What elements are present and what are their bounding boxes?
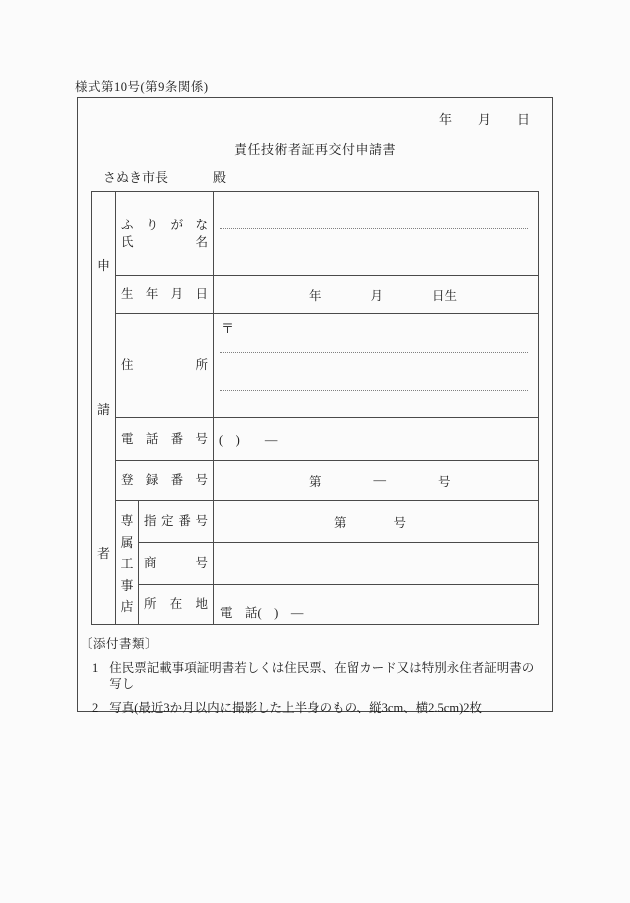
date-year-label: 年 bbox=[439, 109, 452, 128]
trade-name-value-cell bbox=[214, 543, 538, 585]
date-month-label: 月 bbox=[478, 109, 491, 128]
form-number: 様式第10号(第9条関係) bbox=[75, 77, 209, 95]
address-fill-line-2 bbox=[220, 390, 528, 391]
address-label: 住 所 bbox=[121, 357, 208, 374]
address-fill-line-1 bbox=[220, 352, 528, 353]
reg-no-dash: ― bbox=[374, 473, 387, 488]
designated-no-suffix: 号 bbox=[394, 513, 407, 531]
addressee-name: さぬき市長 bbox=[103, 167, 168, 186]
birth-label-cell: 生 年 月 日 bbox=[116, 276, 214, 314]
attachments-section: 〔添付書類〕 1 住民票記載事項証明書若しくは住民票、在留カード又は特別永住者証… bbox=[80, 634, 546, 724]
registration-value-cell: 第 ― 号 bbox=[214, 461, 538, 501]
birth-month-label: 月 bbox=[371, 286, 384, 304]
addressee-line: さぬき市長 殿 bbox=[103, 167, 226, 186]
furigana-fill-line bbox=[220, 228, 528, 229]
name-label-cell: ふ り が な 氏 名 bbox=[116, 192, 214, 276]
birth-day-label: 日生 bbox=[432, 286, 457, 304]
attachment-item: 2 写真(最近3か月以内に撮影した上半身のもの、縦3cm、横2.5cm)2枚 bbox=[80, 700, 546, 716]
birth-value-cell: 年 月 日生 bbox=[214, 276, 538, 314]
designated-label: 指 定 番 号 bbox=[144, 513, 208, 530]
trade-name-label-cell: 商 号 bbox=[139, 543, 214, 585]
form-title: 責任技術者証再交付申請書 bbox=[78, 139, 552, 158]
location-label-cell: 所 在 地 bbox=[139, 585, 214, 624]
addressee-honorific: 殿 bbox=[213, 167, 226, 186]
designated-label-cell: 指 定 番 号 bbox=[139, 501, 214, 543]
applicant-table: 申請者 ふ り が な 氏 名 生 年 月 日 年 月 日生 住 所 bbox=[91, 191, 539, 625]
address-value-cell: 〒 bbox=[214, 314, 538, 418]
name-label: 氏 名 bbox=[121, 234, 208, 251]
registration-label-cell: 登 録 番 号 bbox=[116, 461, 214, 501]
furigana-label: ふ り が な bbox=[121, 217, 208, 234]
birth-label: 生 年 月 日 bbox=[121, 286, 208, 303]
registration-label: 登 録 番 号 bbox=[121, 472, 208, 489]
attachment-item-text: 写真(最近3か月以内に撮影した上半身のもの、縦3cm、横2.5cm)2枚 bbox=[109, 700, 482, 716]
phone-value-template: ( ) ― bbox=[219, 430, 277, 448]
location-value-cell: 電 話( ) ― bbox=[214, 585, 538, 624]
form-page: 様式第10号(第9条関係) 年 月 日 責任技術者証再交付申請書 さぬき市長 殿… bbox=[0, 0, 630, 903]
applicant-vertical-label: 申請者 bbox=[92, 192, 116, 624]
designated-no-prefix: 第 bbox=[334, 513, 347, 531]
address-label-cell: 住 所 bbox=[116, 314, 214, 418]
birth-year-label: 年 bbox=[309, 286, 322, 304]
attachment-item: 1 住民票記載事項証明書若しくは住民票、在留カード又は特別永住者証明書の写し bbox=[80, 660, 546, 692]
phone-label: 電 話 番 号 bbox=[121, 431, 208, 448]
postal-mark: 〒 bbox=[221, 318, 234, 337]
form-border-box: 年 月 日 責任技術者証再交付申請書 さぬき市長 殿 申請者 ふ り が な 氏… bbox=[77, 97, 553, 712]
reg-no-prefix: 第 bbox=[309, 472, 322, 490]
location-phone-template: 電 話( ) ― bbox=[220, 603, 303, 621]
phone-label-cell: 電 話 番 号 bbox=[116, 418, 214, 461]
name-value-cell bbox=[214, 192, 538, 276]
attachment-item-text: 住民票記載事項証明書若しくは住民票、在留カード又は特別永住者証明書の写し bbox=[109, 660, 546, 692]
date-day-label: 日 bbox=[517, 109, 530, 128]
trade-name-label: 商 号 bbox=[144, 555, 208, 572]
attachment-item-number: 2 bbox=[92, 700, 98, 716]
designated-value-cell: 第 号 bbox=[214, 501, 538, 543]
exclusive-shop-vertical-label: 専属工事店 bbox=[116, 501, 139, 624]
reg-no-suffix: 号 bbox=[438, 472, 451, 490]
attachment-item-number: 1 bbox=[92, 660, 98, 692]
location-label: 所 在 地 bbox=[144, 596, 208, 613]
attachments-header: 〔添付書類〕 bbox=[80, 634, 546, 652]
phone-value-cell: ( ) ― bbox=[214, 418, 538, 461]
date-line: 年 月 日 bbox=[439, 109, 530, 128]
